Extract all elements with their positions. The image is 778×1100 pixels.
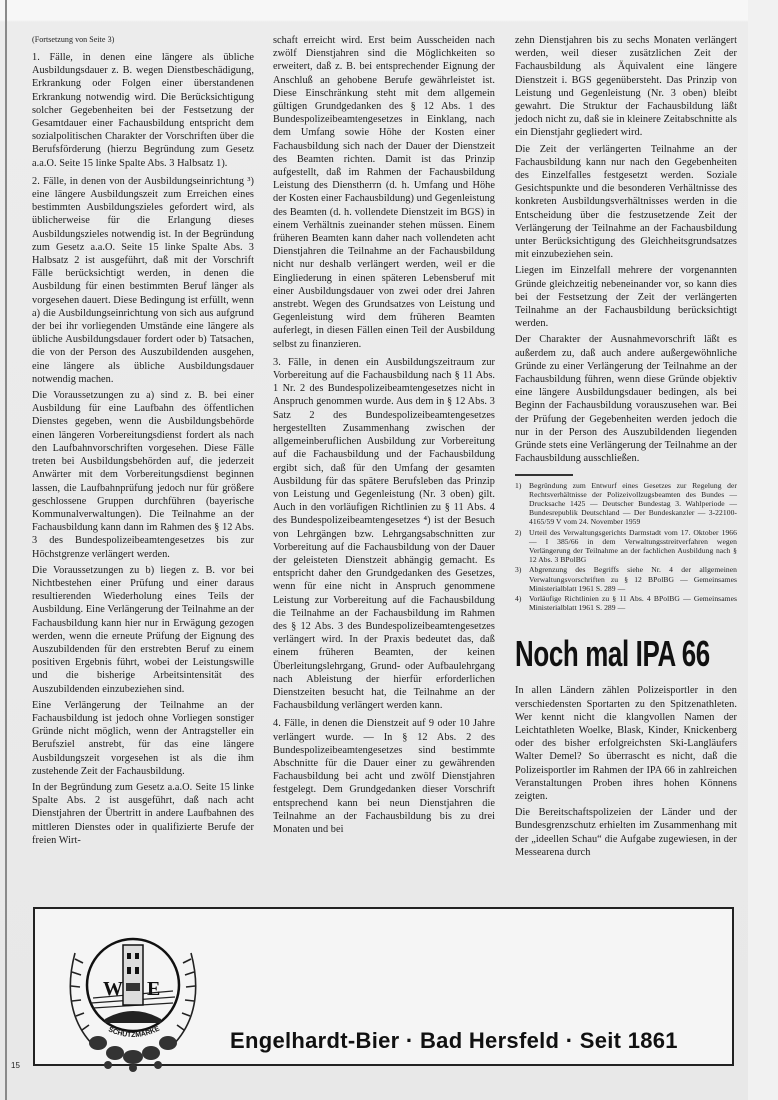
- footnote-number: 3): [515, 565, 529, 593]
- footnotes: 1) Begründung zum Entwurf eines Gesetzes…: [515, 481, 737, 613]
- beer-advertisement: W E SCHUTZMARKE Engelhardt-Bier · Bad He…: [33, 907, 734, 1066]
- article-headline: Noch mal IPA 66: [515, 634, 675, 674]
- footnote-number: 2): [515, 528, 529, 565]
- paragraph: In der Begründung zum Gesetz a.a.O. Seit…: [32, 781, 254, 847]
- footnote-text: Abgrenzung des Begriffs siehe Nr. 4 der …: [529, 565, 737, 593]
- footnote-number: 1): [515, 481, 529, 527]
- text-column-1: (Fortsetzung von Seite 3) 1. Fälle, in d…: [32, 34, 254, 850]
- footnote-number: 4): [515, 594, 529, 612]
- footnote-text: Begründung zum Entwurf eines Gesetzes zu…: [529, 481, 737, 527]
- paragraph: 2. Fälle, in denen von der Ausbildungsei…: [32, 175, 254, 386]
- article-paragraph: Die Bereitschaftspolizeien der Länder un…: [515, 806, 737, 859]
- paragraph: schaft erreicht wird. Erst beim Ausschei…: [273, 34, 495, 351]
- paragraph: 4. Fälle, in denen die Dienstzeit auf 9 …: [273, 717, 495, 836]
- footnote: 1) Begründung zum Entwurf eines Gesetzes…: [515, 481, 737, 527]
- brewery-emblem-icon: W E SCHUTZMARKE: [53, 923, 213, 1073]
- footnote-text: Urteil des Verwaltungsgerichts Darmstadt…: [529, 528, 737, 565]
- paragraph: Die Zeit der verlängerten Teilnahme an d…: [515, 143, 737, 262]
- page-number: 15: [11, 1061, 20, 1070]
- paragraph: 3. Fälle, in denen ein Ausbildungszeitra…: [273, 356, 495, 712]
- emblem-letter-w: W: [103, 978, 123, 1000]
- text-column-2: schaft erreicht wird. Erst beim Ausschei…: [273, 34, 495, 839]
- text-column-3: zehn Dienstjahren bis zu sechs Monaten v…: [515, 34, 737, 862]
- paragraph: Eine Verlängerung der Teilnahme an der F…: [32, 699, 254, 778]
- footnote: 3) Abgrenzung des Begriffs siehe Nr. 4 d…: [515, 565, 737, 593]
- page-margin-right: [748, 0, 778, 1100]
- scanned-page: (Fortsetzung von Seite 3) 1. Fälle, in d…: [0, 0, 778, 1100]
- emblem-letter-e: E: [147, 978, 160, 1000]
- advertisement-slogan: Engelhardt-Bier · Bad Hersfeld · Seit 18…: [230, 1028, 678, 1054]
- footnote-text: Vorläufige Richtlinien zu § 11 Abs. 4 BP…: [529, 594, 737, 612]
- footnote: 4) Vorläufige Richtlinien zu § 11 Abs. 4…: [515, 594, 737, 612]
- paragraph: zehn Dienstjahren bis zu sechs Monaten v…: [515, 34, 737, 140]
- footnote-rule: [515, 474, 573, 476]
- paragraph: 1. Fälle, in denen eine längere als übli…: [32, 51, 254, 170]
- paragraph: Die Voraussetzungen zu a) sind z. B. bei…: [32, 389, 254, 561]
- article-paragraph: In allen Ländern zählen Polizeisportler …: [515, 684, 737, 803]
- paragraph: Der Charakter der Ausnahmevorschrift läß…: [515, 333, 737, 465]
- binding-edge: [5, 0, 7, 1100]
- continuation-note: (Fortsetzung von Seite 3): [32, 34, 254, 45]
- paragraph: Liegen im Einzelfall mehrere der vorgena…: [515, 264, 737, 330]
- footnote: 2) Urteil des Verwaltungsgerichts Darmst…: [515, 528, 737, 565]
- paragraph: Die Voraussetzungen zu b) liegen z. B. v…: [32, 564, 254, 696]
